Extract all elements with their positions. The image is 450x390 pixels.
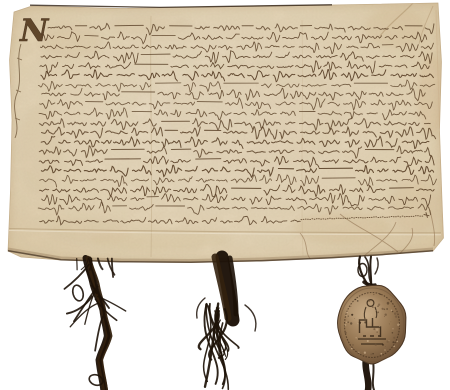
seal-speckle	[348, 322, 349, 323]
seal-speckle	[344, 324, 346, 326]
seal-speckle	[379, 326, 380, 327]
seal-speckle	[397, 323, 400, 326]
seal-speckle	[384, 309, 386, 311]
initial-letter: N	[19, 13, 50, 49]
cord-fray	[245, 305, 256, 331]
seal-speckle	[358, 351, 360, 353]
seal-speckle	[385, 346, 386, 347]
seal-speckle	[393, 337, 395, 339]
seal-body	[338, 285, 406, 364]
seal-speckle	[394, 312, 397, 315]
seal-speckle	[355, 337, 357, 339]
seal-speckle	[391, 300, 392, 301]
cord-fray	[375, 258, 378, 274]
seal-speckle	[392, 332, 394, 334]
seal-speckle	[384, 316, 385, 317]
seal-speckle	[377, 305, 379, 307]
seal-highlight	[344, 296, 380, 322]
seal-speckle	[359, 322, 361, 324]
charter-photo: N	[0, 0, 450, 390]
seal-speckle	[392, 311, 393, 312]
seal-speckle	[346, 312, 348, 314]
seal-speckle	[366, 319, 368, 321]
seal-speckle	[390, 321, 391, 322]
seal-speckle	[387, 341, 389, 343]
seal-speckle	[357, 300, 359, 302]
wax-seal	[338, 285, 406, 364]
seal-speckle	[384, 349, 386, 351]
seal-speckle	[376, 328, 378, 330]
charter-scene: N	[0, 0, 450, 390]
seal-speckle	[391, 310, 392, 311]
seal-speckle	[386, 308, 388, 310]
seal-speckle	[346, 321, 347, 322]
seal-speckle	[389, 323, 390, 324]
seal-speckle	[351, 314, 353, 316]
middle-seal-cord	[197, 257, 256, 389]
seal-speckle	[393, 345, 395, 347]
seal-speckle	[382, 344, 384, 346]
seal-speckle	[346, 315, 347, 316]
seal-speckle	[392, 341, 394, 343]
cord-loop	[71, 284, 85, 302]
seal-speckle	[352, 344, 354, 346]
seal-speckle	[355, 299, 356, 300]
seal-speckle	[345, 332, 347, 334]
seal-speckle	[372, 353, 373, 354]
seal-speckle	[364, 321, 366, 323]
seal-speckle	[380, 294, 381, 295]
seal-speckle	[380, 353, 382, 355]
seal-speckle	[395, 315, 397, 317]
seal-speckle	[364, 352, 366, 354]
seal-speckle	[367, 340, 369, 342]
seal-speckle	[371, 314, 372, 315]
seal-speckle	[368, 299, 370, 301]
seal-speckle	[370, 353, 372, 355]
seal-speckle	[370, 339, 371, 340]
seal-speckle	[350, 322, 352, 324]
seal-speckle	[361, 323, 362, 324]
seal-speckle	[357, 323, 358, 324]
seal-speckle	[392, 328, 393, 329]
seal-speckle	[350, 306, 351, 307]
seal-speckle	[377, 311, 379, 313]
parchment-sheet	[0, 0, 450, 268]
seal-speckle	[382, 308, 384, 310]
seal-speckle	[348, 316, 349, 317]
seal-speckle	[351, 348, 353, 350]
seal-speckle	[375, 344, 377, 346]
seal-speckle	[375, 310, 376, 311]
seal-speckle	[373, 294, 374, 295]
seal-speckle	[397, 341, 399, 343]
seal-speckle	[387, 302, 390, 305]
seal-speckle	[384, 313, 386, 315]
cord-fray	[373, 360, 374, 390]
seal-speckle	[372, 306, 374, 308]
seal-speckle	[389, 340, 390, 341]
seal-speckle	[376, 331, 378, 333]
seal-speckle	[354, 318, 355, 319]
cord-fray	[197, 298, 205, 318]
left-seal-cord	[64, 258, 125, 390]
cord-knot	[364, 282, 375, 285]
seal-speckle	[373, 328, 375, 330]
